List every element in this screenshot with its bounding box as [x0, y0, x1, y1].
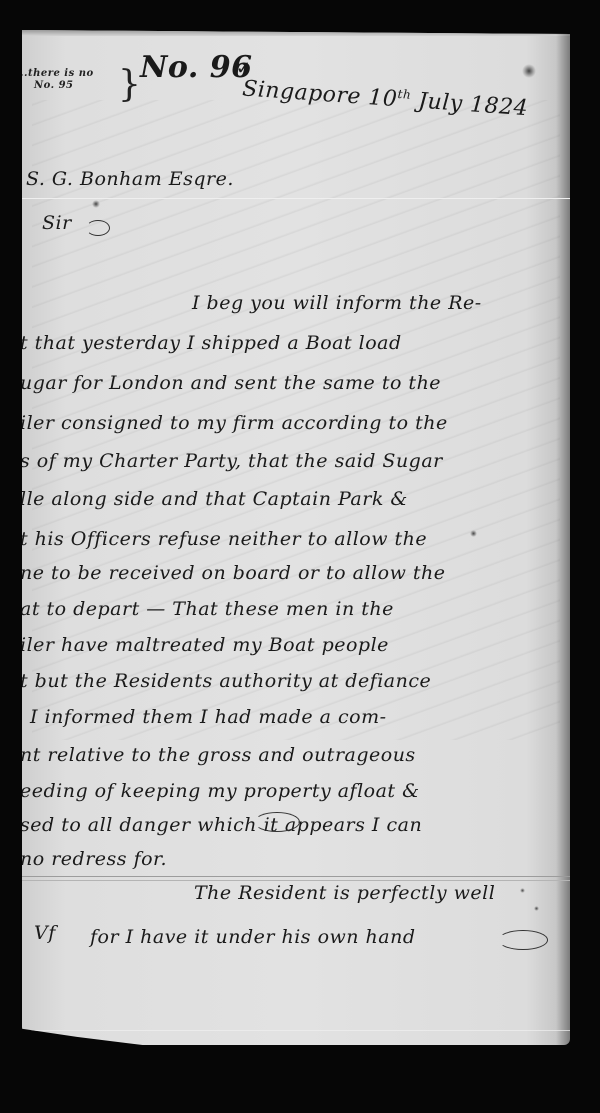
body-line: iler have maltreated my Boat people: [20, 634, 389, 656]
body-line: t his Officers refuse neither to allow t…: [20, 528, 427, 550]
body-line: sed to all danger which it appears I can: [20, 814, 422, 836]
signature-flourish: [498, 930, 548, 950]
manuscript-page: ...there is no No. 95 } No. 96 ✓ Singapo…: [22, 30, 570, 1045]
body-line: iler consigned to my firm according to t…: [20, 412, 448, 434]
margin-note-line2: No. 95: [16, 80, 94, 92]
body-line: no redress for.: [20, 848, 167, 870]
closing-line: for I have it under his own hand: [90, 926, 416, 948]
ink-spot: [534, 906, 539, 911]
salutation-flourish: [86, 220, 110, 236]
body-line: s of my Charter Party, that the said Sug…: [20, 450, 443, 472]
salutation: Sir: [42, 212, 72, 234]
body-line: ugar for London and sent the same to the: [20, 372, 441, 394]
body-line: lle along side and that Captain Park &: [20, 488, 408, 510]
ink-spot: [522, 64, 536, 78]
ink-spot: [520, 888, 525, 893]
body-line: I informed them I had made a com-: [30, 706, 387, 728]
margin-note: ...there is no No. 95: [16, 68, 94, 92]
paper-crease: [22, 198, 570, 199]
dateline-day-suffix: th: [397, 87, 412, 102]
body-line: t but the Residents authority at defianc…: [20, 670, 431, 692]
body-line: at to depart — That these men in the: [20, 598, 394, 620]
line-end-flourish: [254, 812, 300, 832]
page-edge-shadow: [556, 30, 570, 1045]
body-line: I beg you will inform the Re-: [192, 292, 482, 314]
body-line: t that yesterday I shipped a Boat load: [20, 332, 402, 354]
addressee: S. G. Bonham Esqre.: [26, 168, 234, 190]
paper-crease: [22, 1030, 570, 1031]
body-line: eeding of keeping my property afloat &: [20, 780, 420, 802]
margin-mark: Vf: [34, 922, 56, 944]
margin-note-line1: ...there is no: [16, 68, 94, 80]
body-line: nt relative to the gross and outrageous: [20, 744, 416, 766]
body-line: ne to be received on board or to allow t…: [20, 562, 446, 584]
ink-spot: [470, 530, 477, 537]
dateline-day: 10: [368, 85, 399, 112]
ink-spot: [92, 200, 100, 208]
closing-line: The Resident is perfectly well: [194, 882, 495, 904]
margin-bracket: }: [118, 64, 141, 105]
page-top-edge: [22, 30, 570, 36]
fold-line: [22, 876, 570, 881]
